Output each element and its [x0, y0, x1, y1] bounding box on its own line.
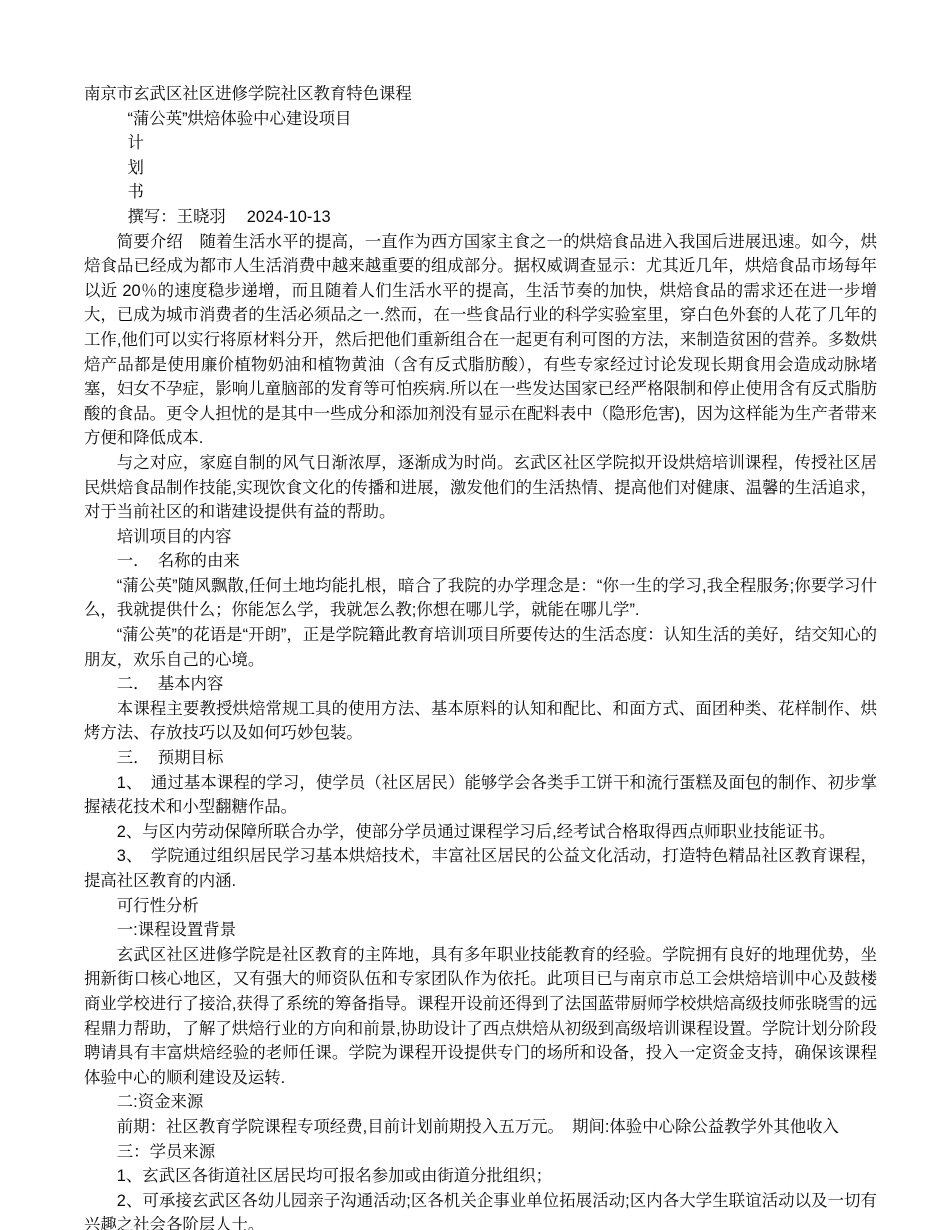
paragraph-title: 南京市玄武区社区进修学院社区教育特色课程 — [84, 82, 877, 107]
paragraph-heading: 一:课程设置背景 — [84, 918, 877, 943]
paragraph-body: 玄武区社区进修学院是社区教育的主阵地，具有多年职业技能教育的经验。学院拥有良好的… — [84, 943, 877, 1091]
paragraph-heading: 三． 预期目标 — [84, 746, 877, 771]
paragraph-body: 与之对应，家庭自制的风气日渐浓厚，逐渐成为时尚。玄武区社区学院拟开设烘焙培训课程… — [84, 451, 877, 525]
paragraph-heading: 三：学员来源 — [84, 1140, 877, 1165]
paragraph-body: 简要介绍 随着生活水平的提高，一直作为西方国家主食之一的烘焙食品进入我国后进展迅… — [84, 230, 877, 451]
document-body: 南京市玄武区社区进修学院社区教育特色课程“蒲公英”烘焙体验中心建设项目计划书撰写… — [84, 82, 877, 1230]
paragraph-body: 2、与区内劳动保障所联合办学，使部分学员通过课程学习后,经考试合格取得西点师职业… — [84, 820, 877, 845]
paragraph-body: 1、玄武区各街道社区居民均可报名参加或由街道分批组织； — [84, 1164, 877, 1189]
paragraph-body: 1、 通过基本课程的学习，使学员（社区居民）能够学会各类手工饼干和流行蛋糕及面包… — [84, 771, 877, 820]
paragraph-plan-char: 计 — [84, 131, 877, 156]
paragraph-body: “蒲公英”的花语是“开朗”，正是学院籍此教育培训项目所要传达的生活态度：认知生活… — [84, 623, 877, 672]
paragraph-plan-char: 书 — [84, 180, 877, 205]
paragraph-heading: 二:资金来源 — [84, 1090, 877, 1115]
paragraph-body: 本课程主要教授烘焙常规工具的使用方法、基本原料的认知和配比、和面方式、面团种类、… — [84, 697, 877, 746]
paragraph-heading: 可行性分析 — [84, 894, 877, 919]
document-page: 南京市玄武区社区进修学院社区教育特色课程“蒲公英”烘焙体验中心建设项目计划书撰写… — [0, 0, 950, 1230]
paragraph-heading: 培训项目的内容 — [84, 525, 877, 550]
paragraph-body: 前期：社区教育学院课程专项经费,目前计划前期投入五万元。 期间:体验中心除公益教… — [84, 1115, 877, 1140]
paragraph-byline: 撰写：王晓羽 2024-10-13 — [84, 205, 877, 230]
paragraph-heading: 二． 基本内容 — [84, 672, 877, 697]
paragraph-heading: 一． 名称的由来 — [84, 549, 877, 574]
paragraph-body: 2、可承接玄武区各幼儿园亲子沟通活动;区各机关企事业单位拓展活动;区内各大学生联… — [84, 1189, 877, 1230]
paragraph-subtitle: “蒲公英”烘焙体验中心建设项目 — [84, 107, 877, 132]
paragraph-body: 3、 学院通过组织居民学习基本烘焙技术，丰富社区居民的公益文化活动，打造特色精品… — [84, 844, 877, 893]
paragraph-body: “蒲公英”随风飘散,任何土地均能扎根，暗合了我院的办学理念是：“你一生的学习,我… — [84, 574, 877, 623]
paragraph-plan-char: 划 — [84, 156, 877, 181]
